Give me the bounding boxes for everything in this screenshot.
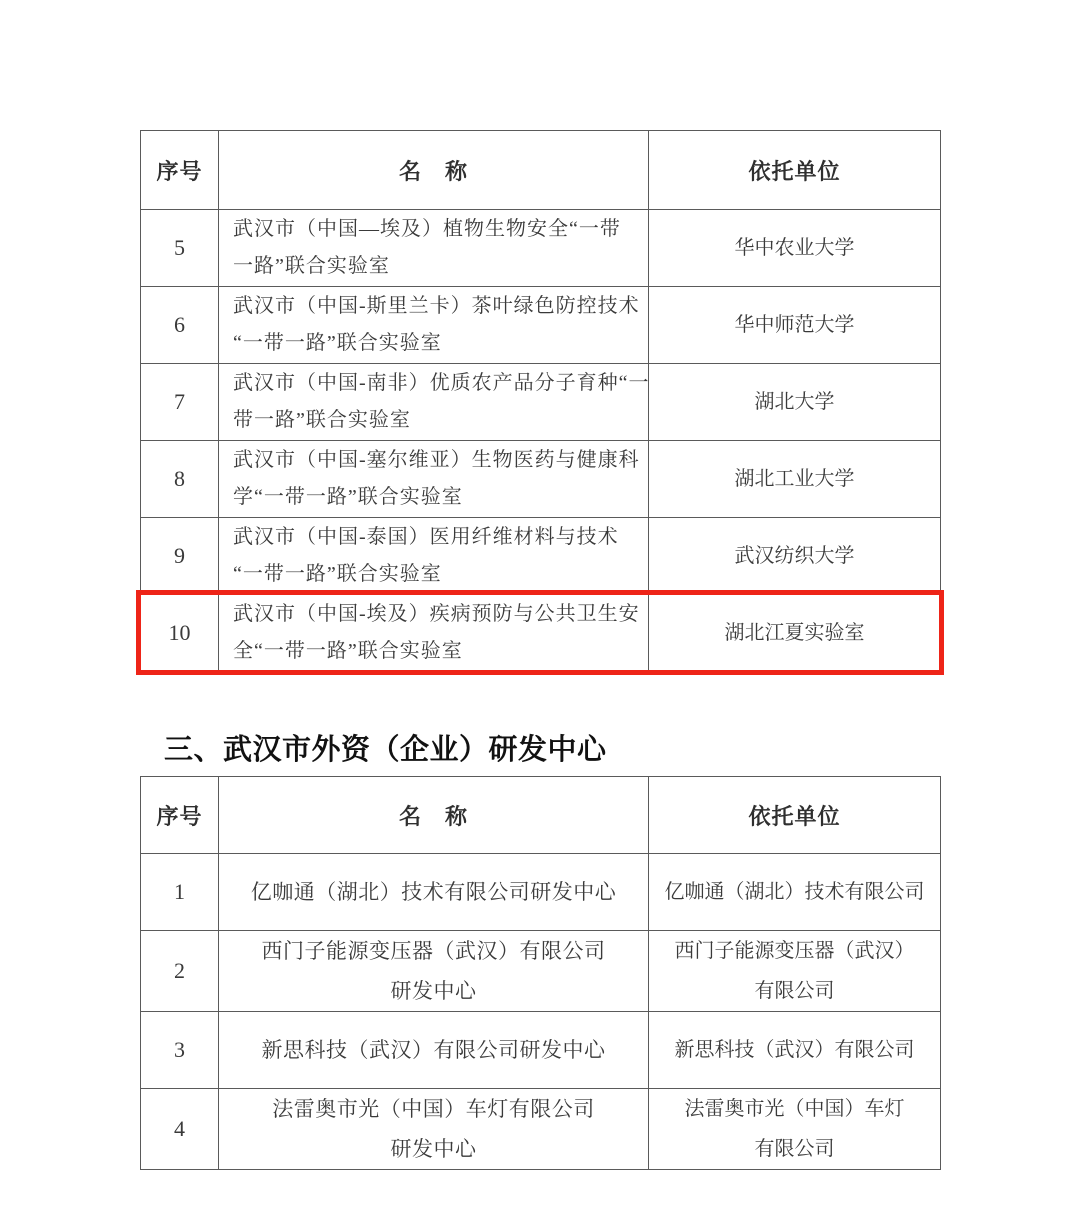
supporting-unit: 华中师范大学: [649, 287, 941, 364]
supporting-unit: 西门子能源变压器（武汉） 有限公司: [649, 931, 941, 1012]
supporting-unit: 亿咖通（湖北）技术有限公司: [649, 854, 941, 931]
supporting-unit: 武汉纺织大学: [649, 518, 941, 595]
row-number: 10: [141, 595, 219, 672]
rd-centers-table: 序号 名 称 依托单位 1 亿咖通（湖北）技术有限公司研发中心 亿咖通（湖北）技…: [140, 776, 941, 1170]
center-name: 法雷奥市光（中国）车灯有限公司 研发中心: [219, 1089, 649, 1170]
table-header-row: 序号 名 称 依托单位: [141, 131, 941, 210]
table-row-highlighted: 10 武汉市（中国-埃及）疾病预防与公共卫生安 全“一带一路”联合实验室 湖北江…: [141, 595, 941, 672]
header-org: 依托单位: [649, 131, 941, 210]
center-name: 亿咖通（湖北）技术有限公司研发中心: [219, 854, 649, 931]
lab-name: 武汉市（中国-南非）优质农产品分子育种“一 带一路”联合实验室: [219, 364, 649, 441]
header-no: 序号: [141, 131, 219, 210]
supporting-unit: 湖北大学: [649, 364, 941, 441]
header-name: 名 称: [219, 777, 649, 854]
row-number: 4: [141, 1089, 219, 1170]
center-name: 西门子能源变压器（武汉）有限公司 研发中心: [219, 931, 649, 1012]
table-row: 5 武汉市（中国—埃及）植物生物安全“一带 一路”联合实验室 华中农业大学: [141, 210, 941, 287]
joint-labs-table: 序号 名 称 依托单位 5 武汉市（中国—埃及）植物生物安全“一带 一路”联合实…: [140, 130, 941, 672]
supporting-unit: 湖北江夏实验室: [649, 595, 941, 672]
center-name: 新思科技（武汉）有限公司研发中心: [219, 1012, 649, 1089]
table-row: 7 武汉市（中国-南非）优质农产品分子育种“一 带一路”联合实验室 湖北大学: [141, 364, 941, 441]
row-number: 1: [141, 854, 219, 931]
lab-name: 武汉市（中国—埃及）植物生物安全“一带 一路”联合实验室: [219, 210, 649, 287]
table-row: 8 武汉市（中国-塞尔维亚）生物医药与健康科 学“一带一路”联合实验室 湖北工业…: [141, 441, 941, 518]
lab-name: 武汉市（中国-斯里兰卡）茶叶绿色防控技术 “一带一路”联合实验室: [219, 287, 649, 364]
table-row: 3 新思科技（武汉）有限公司研发中心 新思科技（武汉）有限公司: [141, 1012, 941, 1089]
header-org: 依托单位: [649, 777, 941, 854]
supporting-unit: 新思科技（武汉）有限公司: [649, 1012, 941, 1089]
supporting-unit: 华中农业大学: [649, 210, 941, 287]
row-number: 7: [141, 364, 219, 441]
row-number: 5: [141, 210, 219, 287]
lab-name: 武汉市（中国-埃及）疾病预防与公共卫生安 全“一带一路”联合实验室: [219, 595, 649, 672]
section-title: 三、武汉市外资（企业）研发中心: [164, 727, 607, 768]
supporting-unit: 湖北工业大学: [649, 441, 941, 518]
table-row: 9 武汉市（中国-泰国）医用纤维材料与技术 “一带一路”联合实验室 武汉纺织大学: [141, 518, 941, 595]
table-row: 2 西门子能源变压器（武汉）有限公司 研发中心 西门子能源变压器（武汉） 有限公…: [141, 931, 941, 1012]
row-number: 3: [141, 1012, 219, 1089]
table-row: 6 武汉市（中国-斯里兰卡）茶叶绿色防控技术 “一带一路”联合实验室 华中师范大…: [141, 287, 941, 364]
table-header-row: 序号 名 称 依托单位: [141, 777, 941, 854]
row-number: 8: [141, 441, 219, 518]
document-page: 序号 名 称 依托单位 5 武汉市（中国—埃及）植物生物安全“一带 一路”联合实…: [0, 0, 1080, 1226]
row-number: 2: [141, 931, 219, 1012]
supporting-unit: 法雷奥市光（中国）车灯 有限公司: [649, 1089, 941, 1170]
table-row: 4 法雷奥市光（中国）车灯有限公司 研发中心 法雷奥市光（中国）车灯 有限公司: [141, 1089, 941, 1170]
lab-name: 武汉市（中国-泰国）医用纤维材料与技术 “一带一路”联合实验室: [219, 518, 649, 595]
row-number: 6: [141, 287, 219, 364]
row-number: 9: [141, 518, 219, 595]
lab-name: 武汉市（中国-塞尔维亚）生物医药与健康科 学“一带一路”联合实验室: [219, 441, 649, 518]
header-no: 序号: [141, 777, 219, 854]
header-name: 名 称: [219, 131, 649, 210]
table-row: 1 亿咖通（湖北）技术有限公司研发中心 亿咖通（湖北）技术有限公司: [141, 854, 941, 931]
